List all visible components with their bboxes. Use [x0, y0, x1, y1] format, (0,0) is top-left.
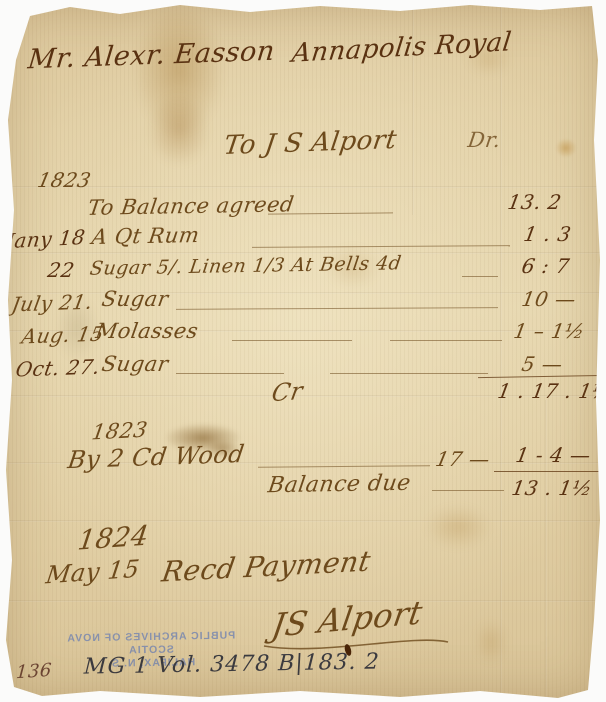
document-paper: Mr. Alexr. Easson Annapolis Royal To J S…: [0, 0, 606, 702]
scan-background: Mr. Alexr. Easson Annapolis Royal To J S…: [0, 0, 606, 702]
edge-vignette: [0, 0, 606, 702]
